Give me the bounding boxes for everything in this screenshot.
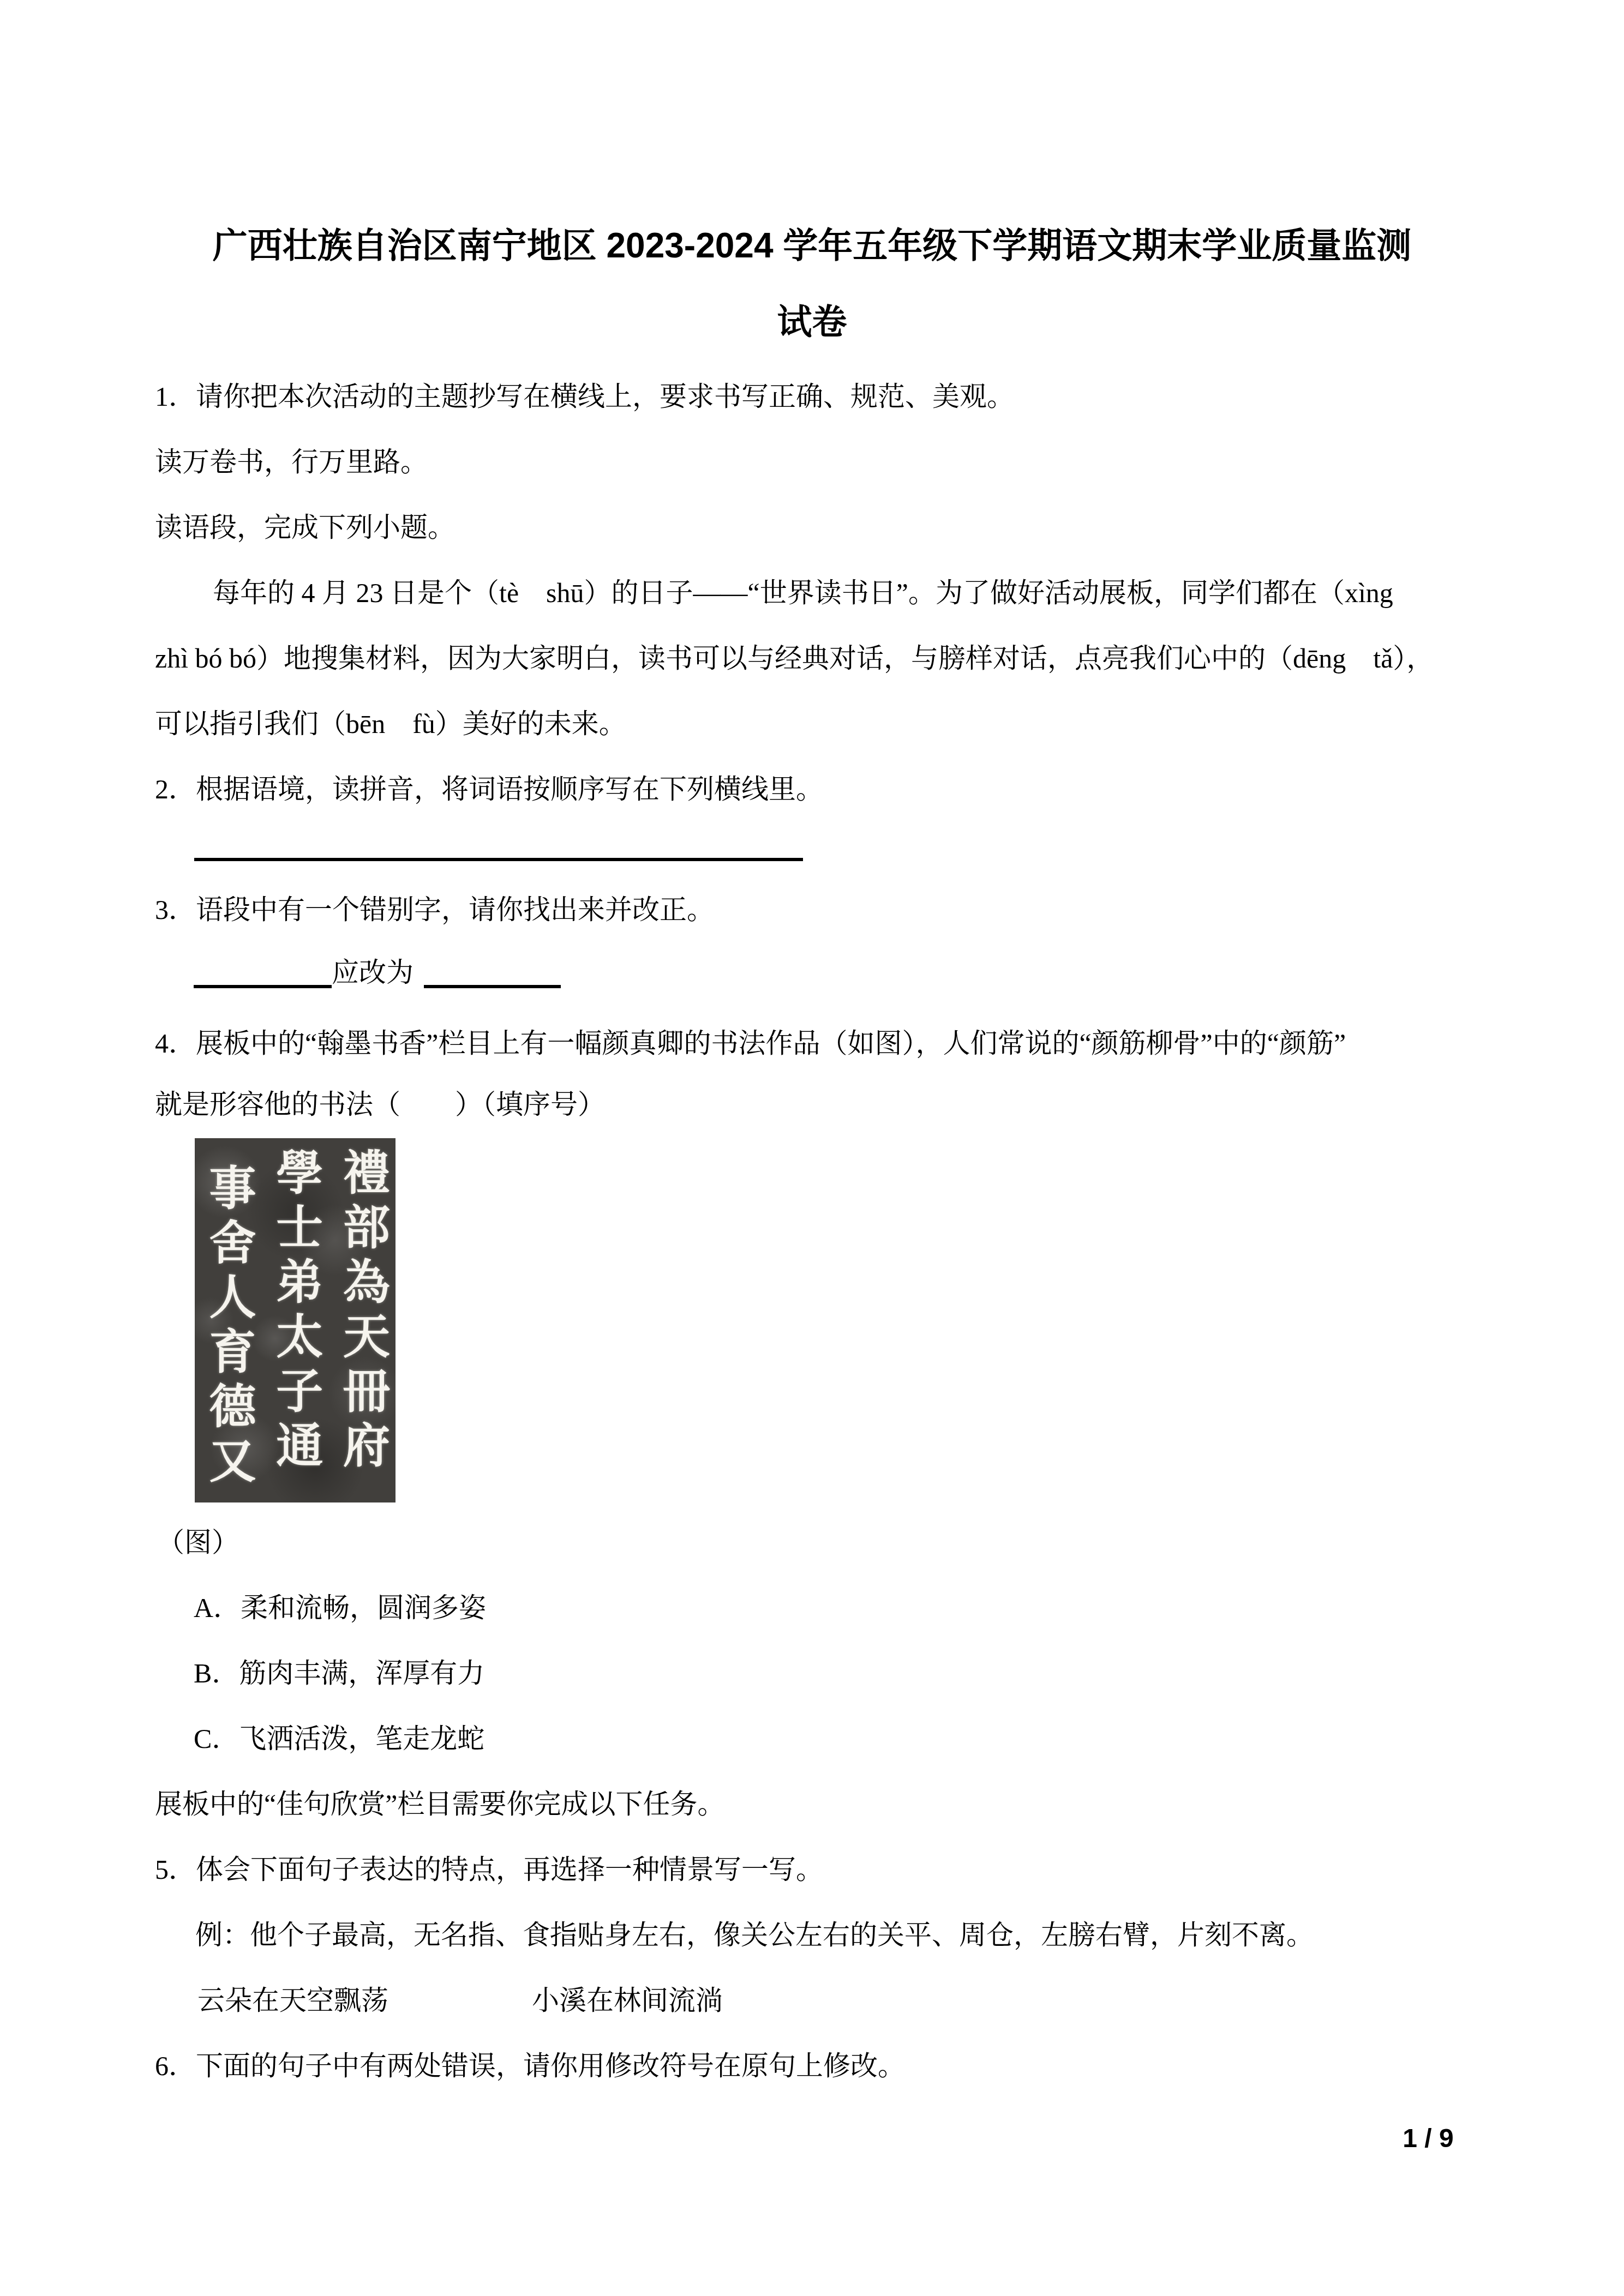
q5-scene-1: 云朵在天空飘荡 bbox=[197, 1968, 388, 2033]
passage-line-2: zhì bó bó）地搜集材料，因为大家明白，读书可以与经典对话，与膀样对话，点… bbox=[155, 626, 1434, 691]
q3-blank-before bbox=[194, 985, 332, 988]
read-intro-line: 读语段，完成下列小题。 bbox=[155, 495, 455, 560]
q3-blank-after bbox=[424, 985, 561, 988]
section-note: 展板中的“佳句欣赏”栏目需要你完成以下任务。 bbox=[155, 1771, 724, 1837]
question-3: 3．语段中有一个错别字，请你找出来并改正。 bbox=[155, 877, 714, 942]
calligraphy-column-right: 禮部為天冊府 bbox=[336, 1148, 388, 1493]
calligraphy-column-middle: 學士弟太子通 bbox=[269, 1148, 321, 1493]
calligraphy-column-left: 事舍人育德又 bbox=[202, 1148, 254, 1493]
motto-line: 读万卷书，行万里路。 bbox=[155, 429, 428, 495]
option-a: A．柔和流畅，圆润多姿 bbox=[194, 1575, 486, 1640]
passage-line-1: 每年的 4 月 23 日是个（tè shū）的日子——“世界读书日”。为了做好活… bbox=[155, 560, 1393, 626]
question-2: 2．根据语境，读拼音，将词语按顺序写在下列横线里。 bbox=[155, 756, 823, 822]
question-6: 6．下面的句子中有两处错误，请你用修改符号在原句上修改。 bbox=[155, 2033, 905, 2099]
page-title-line2: 试卷 bbox=[0, 289, 1624, 354]
exam-page: 广西壮族自治区南宁地区 2023-2024 学年五年级下学期语文期末学业质量监测… bbox=[0, 0, 1624, 2296]
q5-example: 例：他个子最高，无名指、食指贴身左右，像关公左右的关平、周仓，左膀右臂，片刻不离… bbox=[195, 1902, 1314, 1968]
question-4-line2: 就是形容他的书法（ ）（填序号） bbox=[155, 1072, 605, 1137]
calligraphy-rubbing-image: 禮部為天冊府 學士弟太子通 事舍人育德又 bbox=[195, 1138, 395, 1502]
q3-answer-label: 应改为 bbox=[332, 940, 414, 1005]
page-title-line1: 广西壮族自治区南宁地区 2023-2024 学年五年级下学期语文期末学业质量监测 bbox=[0, 213, 1624, 278]
question-4-line1: 4．展板中的“翰墨书香”栏目上有一幅颜真卿的书法作品（如图），人们常说的“颜筋柳… bbox=[155, 1011, 1346, 1076]
option-c: C．飞洒活泼，笔走龙蛇 bbox=[194, 1706, 484, 1771]
q2-answer-blank-line bbox=[194, 858, 803, 861]
figure-caption: （图） bbox=[157, 1510, 239, 1575]
question-1: 1．请你把本次活动的主题抄写在横线上，要求书写正确、规范、美观。 bbox=[155, 364, 1014, 429]
page-number: 1 / 9 bbox=[1374, 2106, 1483, 2172]
passage-line-3: 可以指引我们（bēn fù）美好的未来。 bbox=[155, 691, 626, 756]
q5-scene-2: 小溪在林间流淌 bbox=[532, 1968, 723, 2033]
option-b: B．筋肉丰满，浑厚有力 bbox=[194, 1640, 484, 1706]
question-5: 5．体会下面句子表达的特点，再选择一种情景写一写。 bbox=[155, 1837, 823, 1902]
